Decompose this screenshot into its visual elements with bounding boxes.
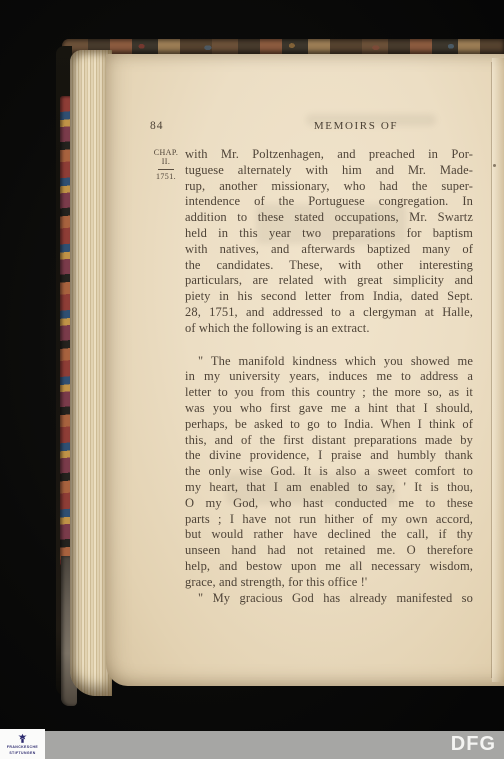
text-line: piety in his second letter from India, d… bbox=[185, 289, 473, 305]
paragraph: with Mr. Poltzenhagen, and preached in P… bbox=[185, 147, 473, 337]
dfg-logo: DFG bbox=[451, 733, 496, 756]
provider-logo: FRANCKESCHE STIFTUNGEN bbox=[0, 729, 45, 759]
text-line: rup, another missionary, who had the sup… bbox=[185, 179, 473, 195]
text-line: intendence of the Portuguese congregatio… bbox=[185, 194, 473, 210]
text-line: " My gracious God has already manifested… bbox=[185, 591, 473, 607]
text-line: the candidates. These, with other intere… bbox=[185, 258, 473, 274]
text-line: O my God, who hast conducted me to these bbox=[185, 496, 473, 512]
text-line: the only wise God. It is also a sweet co… bbox=[185, 464, 473, 480]
provider-name-line2: STIFTUNGEN bbox=[9, 751, 35, 755]
text-line: but would rather have declined the call,… bbox=[185, 527, 473, 543]
text-line: perhaps, be asked to go to India. When I… bbox=[185, 417, 473, 433]
paragraph: " The manifold kindness which you showed… bbox=[185, 354, 473, 591]
text-line: unseen hand had not retained me. O there… bbox=[185, 543, 473, 559]
page-fold-line bbox=[491, 62, 492, 678]
next-page-edge bbox=[492, 58, 504, 682]
text-line: of which the following is an extract. bbox=[185, 321, 473, 337]
text-line: my heart, that I am enabled to say, ' It… bbox=[185, 480, 473, 496]
text-line: 28, 1751, and addressed to a clergyman a… bbox=[185, 305, 473, 321]
text-line: help, and bestow upon me all necessary w… bbox=[185, 559, 473, 575]
provider-name-line1: FRANCKESCHE bbox=[7, 745, 38, 749]
margin-note-rule bbox=[158, 169, 174, 170]
margin-note-numeral: II. bbox=[148, 157, 184, 166]
page-number: 84 bbox=[150, 120, 164, 132]
margin-note: CHAP. II. 1751. bbox=[148, 148, 184, 181]
text-line: in my university years, induces me to ad… bbox=[185, 369, 473, 385]
book-top-edge-marbling bbox=[62, 40, 504, 54]
text-line: addition to these stated occupations, Mr… bbox=[185, 210, 473, 226]
text-line: tuguese alternately with him and Mr. Mad… bbox=[185, 163, 473, 179]
footer-band bbox=[0, 731, 504, 759]
text-line: with natives, and afterwards baptized ma… bbox=[185, 242, 473, 258]
page-speck bbox=[493, 164, 496, 167]
text-line: this, and of the first distant preparati… bbox=[185, 433, 473, 449]
text-line: particulars, are related with great simp… bbox=[185, 273, 473, 289]
text-line: parts ; I have not run hither of my own … bbox=[185, 512, 473, 528]
margin-note-year: 1751. bbox=[148, 172, 184, 181]
text-line: " The manifold kindness which you showed… bbox=[185, 354, 473, 370]
running-header: MEMOIRS OF bbox=[196, 120, 504, 132]
francke-eagle-icon bbox=[17, 733, 28, 744]
paragraph: " My gracious God has already manifested… bbox=[185, 591, 473, 607]
scan-viewer-page: 84 MEMOIRS OF CHAP. II. 1751. with Mr. P… bbox=[0, 0, 504, 759]
text-line: letter to you from this country ; the mo… bbox=[185, 385, 473, 401]
text-line: with Mr. Poltzenhagen, and preached in P… bbox=[185, 147, 473, 163]
text-line: was you who first gave me a hint that I … bbox=[185, 401, 473, 417]
text-line: grace, and strength, for this office !' bbox=[185, 575, 473, 591]
margin-note-chapter: CHAP. bbox=[148, 148, 184, 157]
text-line: held in this year two preparations for b… bbox=[185, 226, 473, 242]
book-page: 84 MEMOIRS OF CHAP. II. 1751. with Mr. P… bbox=[106, 54, 504, 686]
text-line: the divine providence, I praise and humb… bbox=[185, 448, 473, 464]
body-text: with Mr. Poltzenhagen, and preached in P… bbox=[185, 147, 473, 606]
